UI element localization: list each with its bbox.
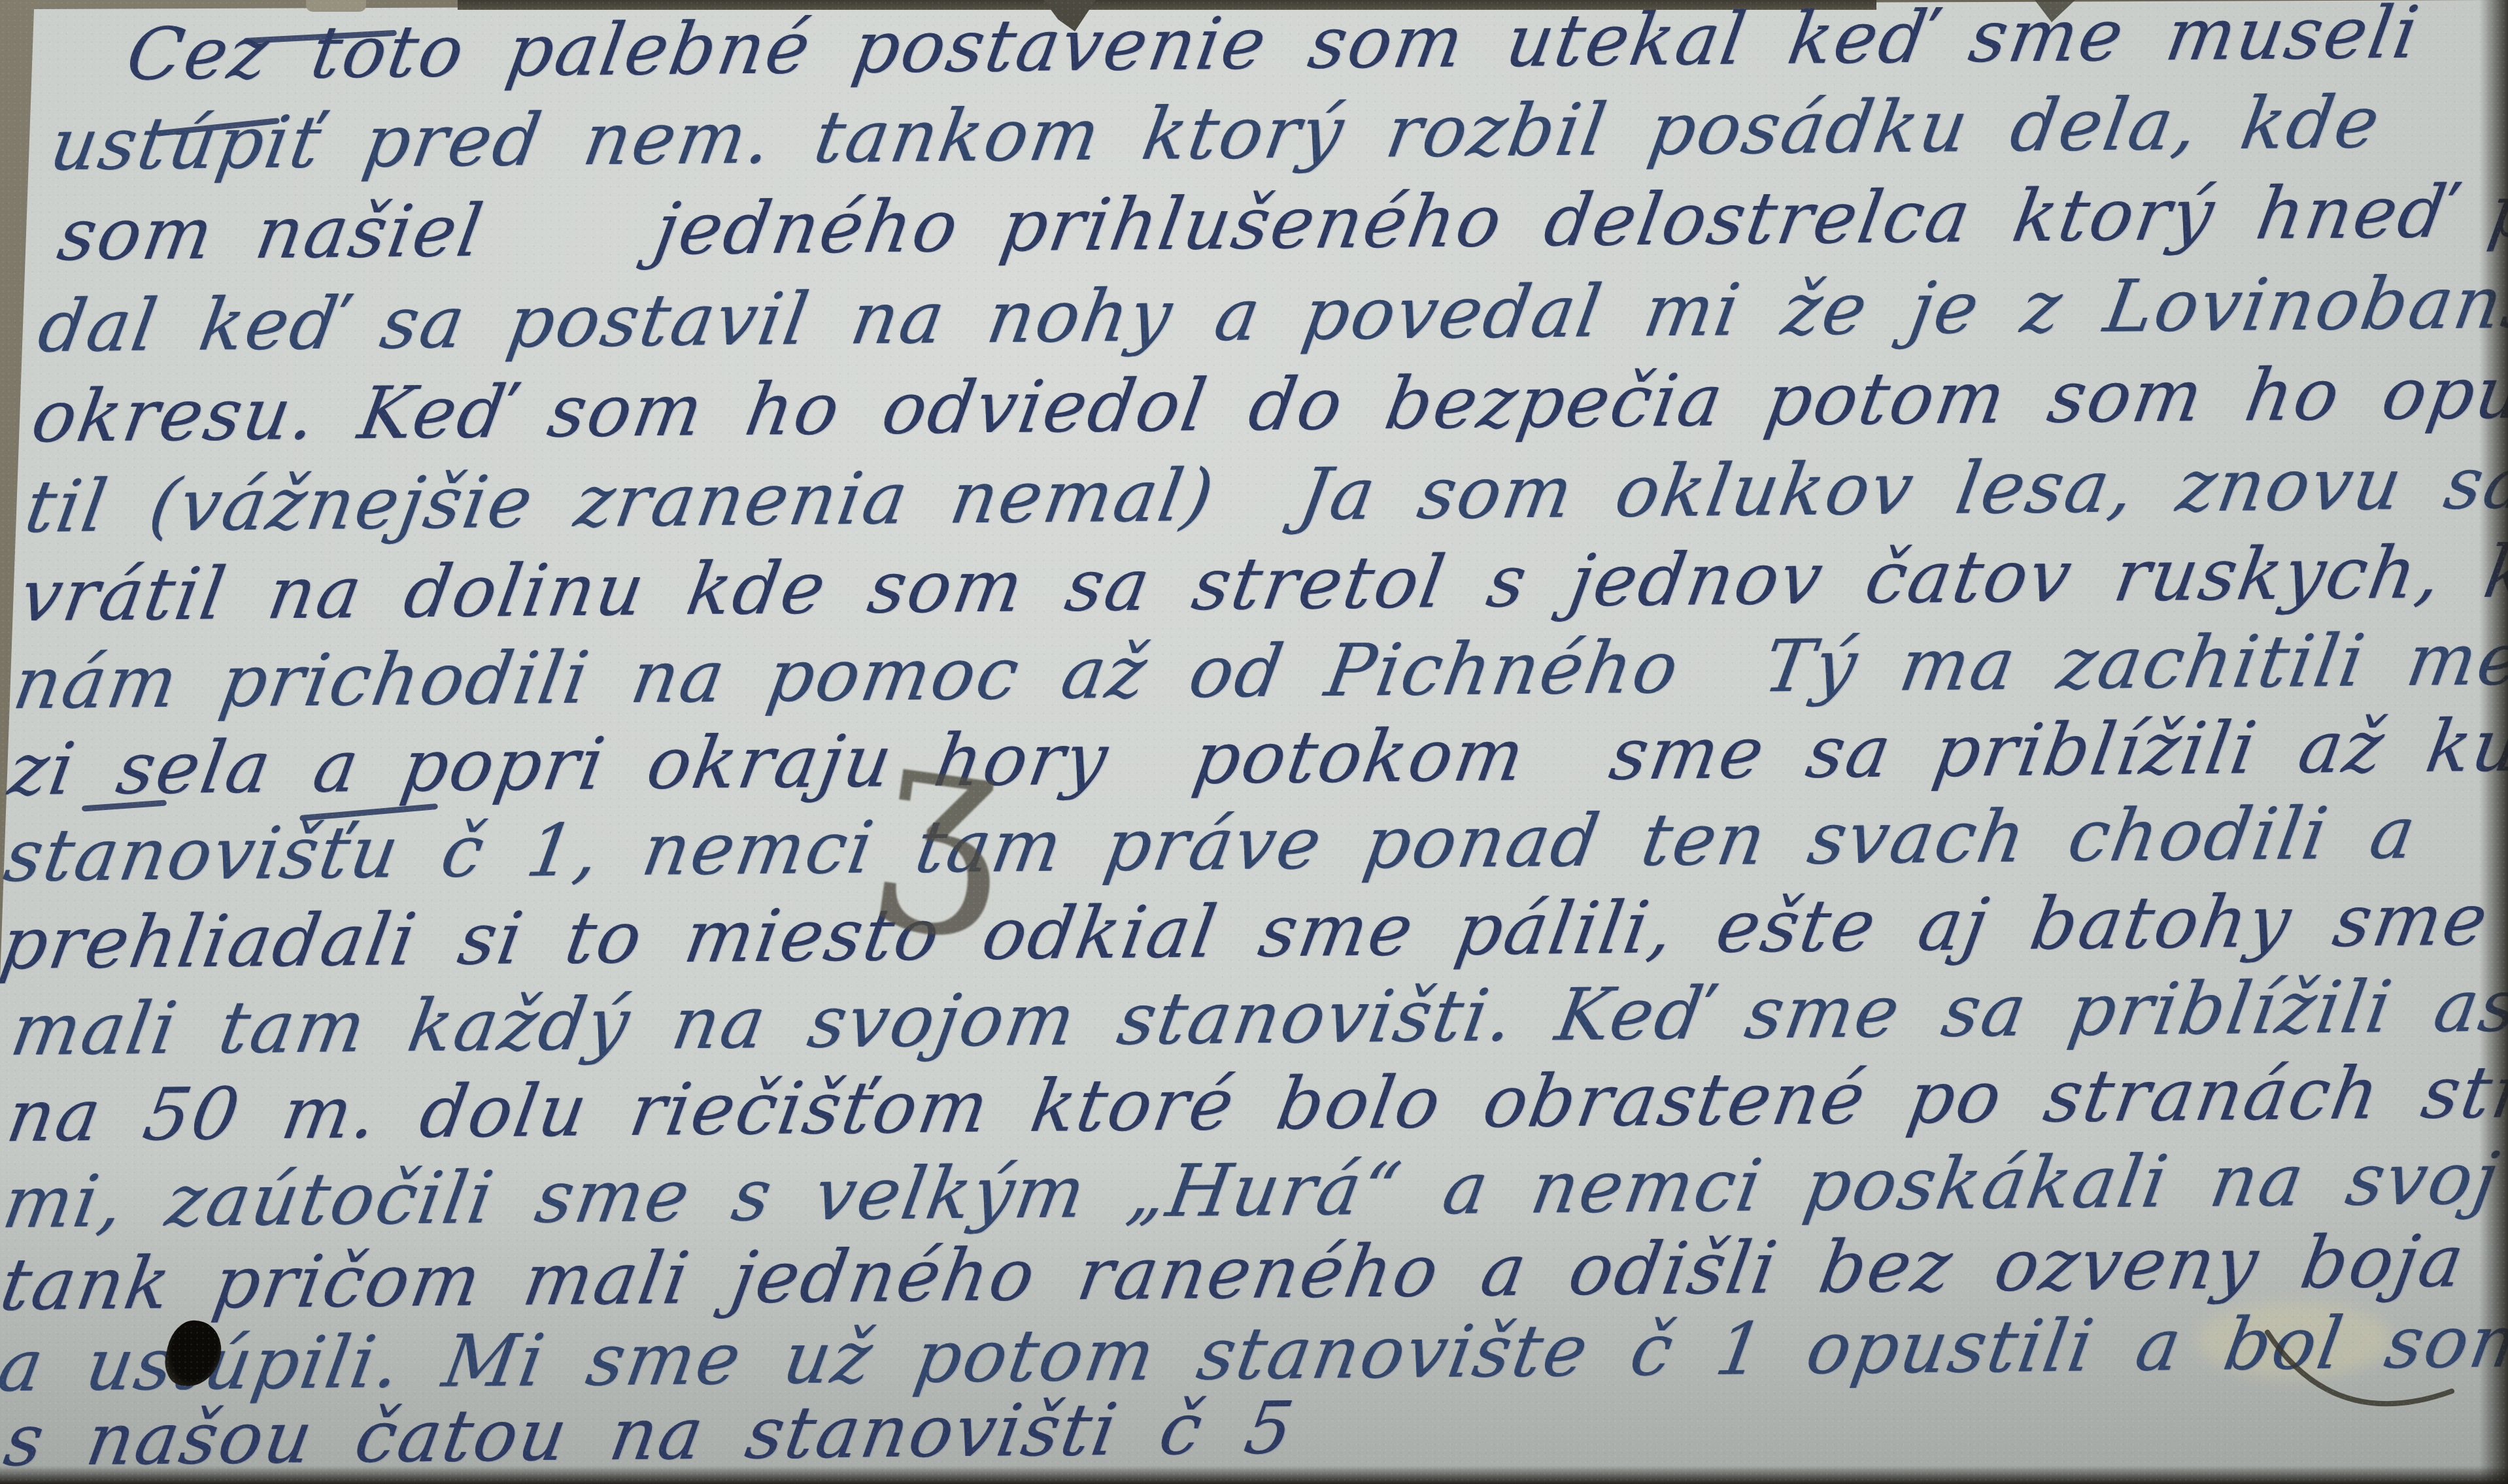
handwritten-line: som našiel jedného prihlušeného delostre… [54, 175, 2508, 271]
handwritten-line: dal keď sa postavil na nohy a povedal mi… [34, 265, 2508, 363]
handwriting-layer: Cez toto palebné postavenie som utekal k… [0, 0, 2508, 1484]
handwritten-line: stanovišťu č 1, nemci tam práve ponad te… [0, 797, 2422, 892]
handwritten-line: nám prichodili na pomoc až od Pichného T… [9, 622, 2508, 719]
handwritten-line: mali tam každý na svojom stanovišti. Keď… [7, 970, 2508, 1066]
photo-of-handwritten-letter: ʒ Cez toto palebné postavenie som utekal… [0, 0, 2508, 1484]
handwritten-line: vrátil na dolinu kde som sa stretol s je… [16, 534, 2508, 632]
photo-bottom-edge-shadow [0, 1466, 2508, 1484]
handwritten-line: prehliadali si to miesto odkial sme páli… [0, 883, 2494, 979]
handwritten-line: s našou čatou na stanovišti č 5 [0, 1392, 1300, 1476]
handwritten-line: okresu. Keď som ho odviedol do bezpečia … [27, 356, 2508, 452]
handwritten-line: na 50 m. dolu riečišťom ktoré bolo obras… [3, 1054, 2508, 1153]
handwritten-line: Cez toto palebné postavenie som utekal k… [122, 0, 2425, 90]
handwritten-line: til (vážnejšie zranenia nemal) Ja som ok… [21, 447, 2508, 543]
handwritten-line: zi sela a popri okraju hory potokom sme … [5, 709, 2508, 805]
crease-mark [2256, 1313, 2465, 1443]
handwritten-line: ustúpiť pred nem. tankom ktorý rozbil po… [46, 86, 2386, 180]
photo-right-edge-shadow [2479, 0, 2508, 1484]
